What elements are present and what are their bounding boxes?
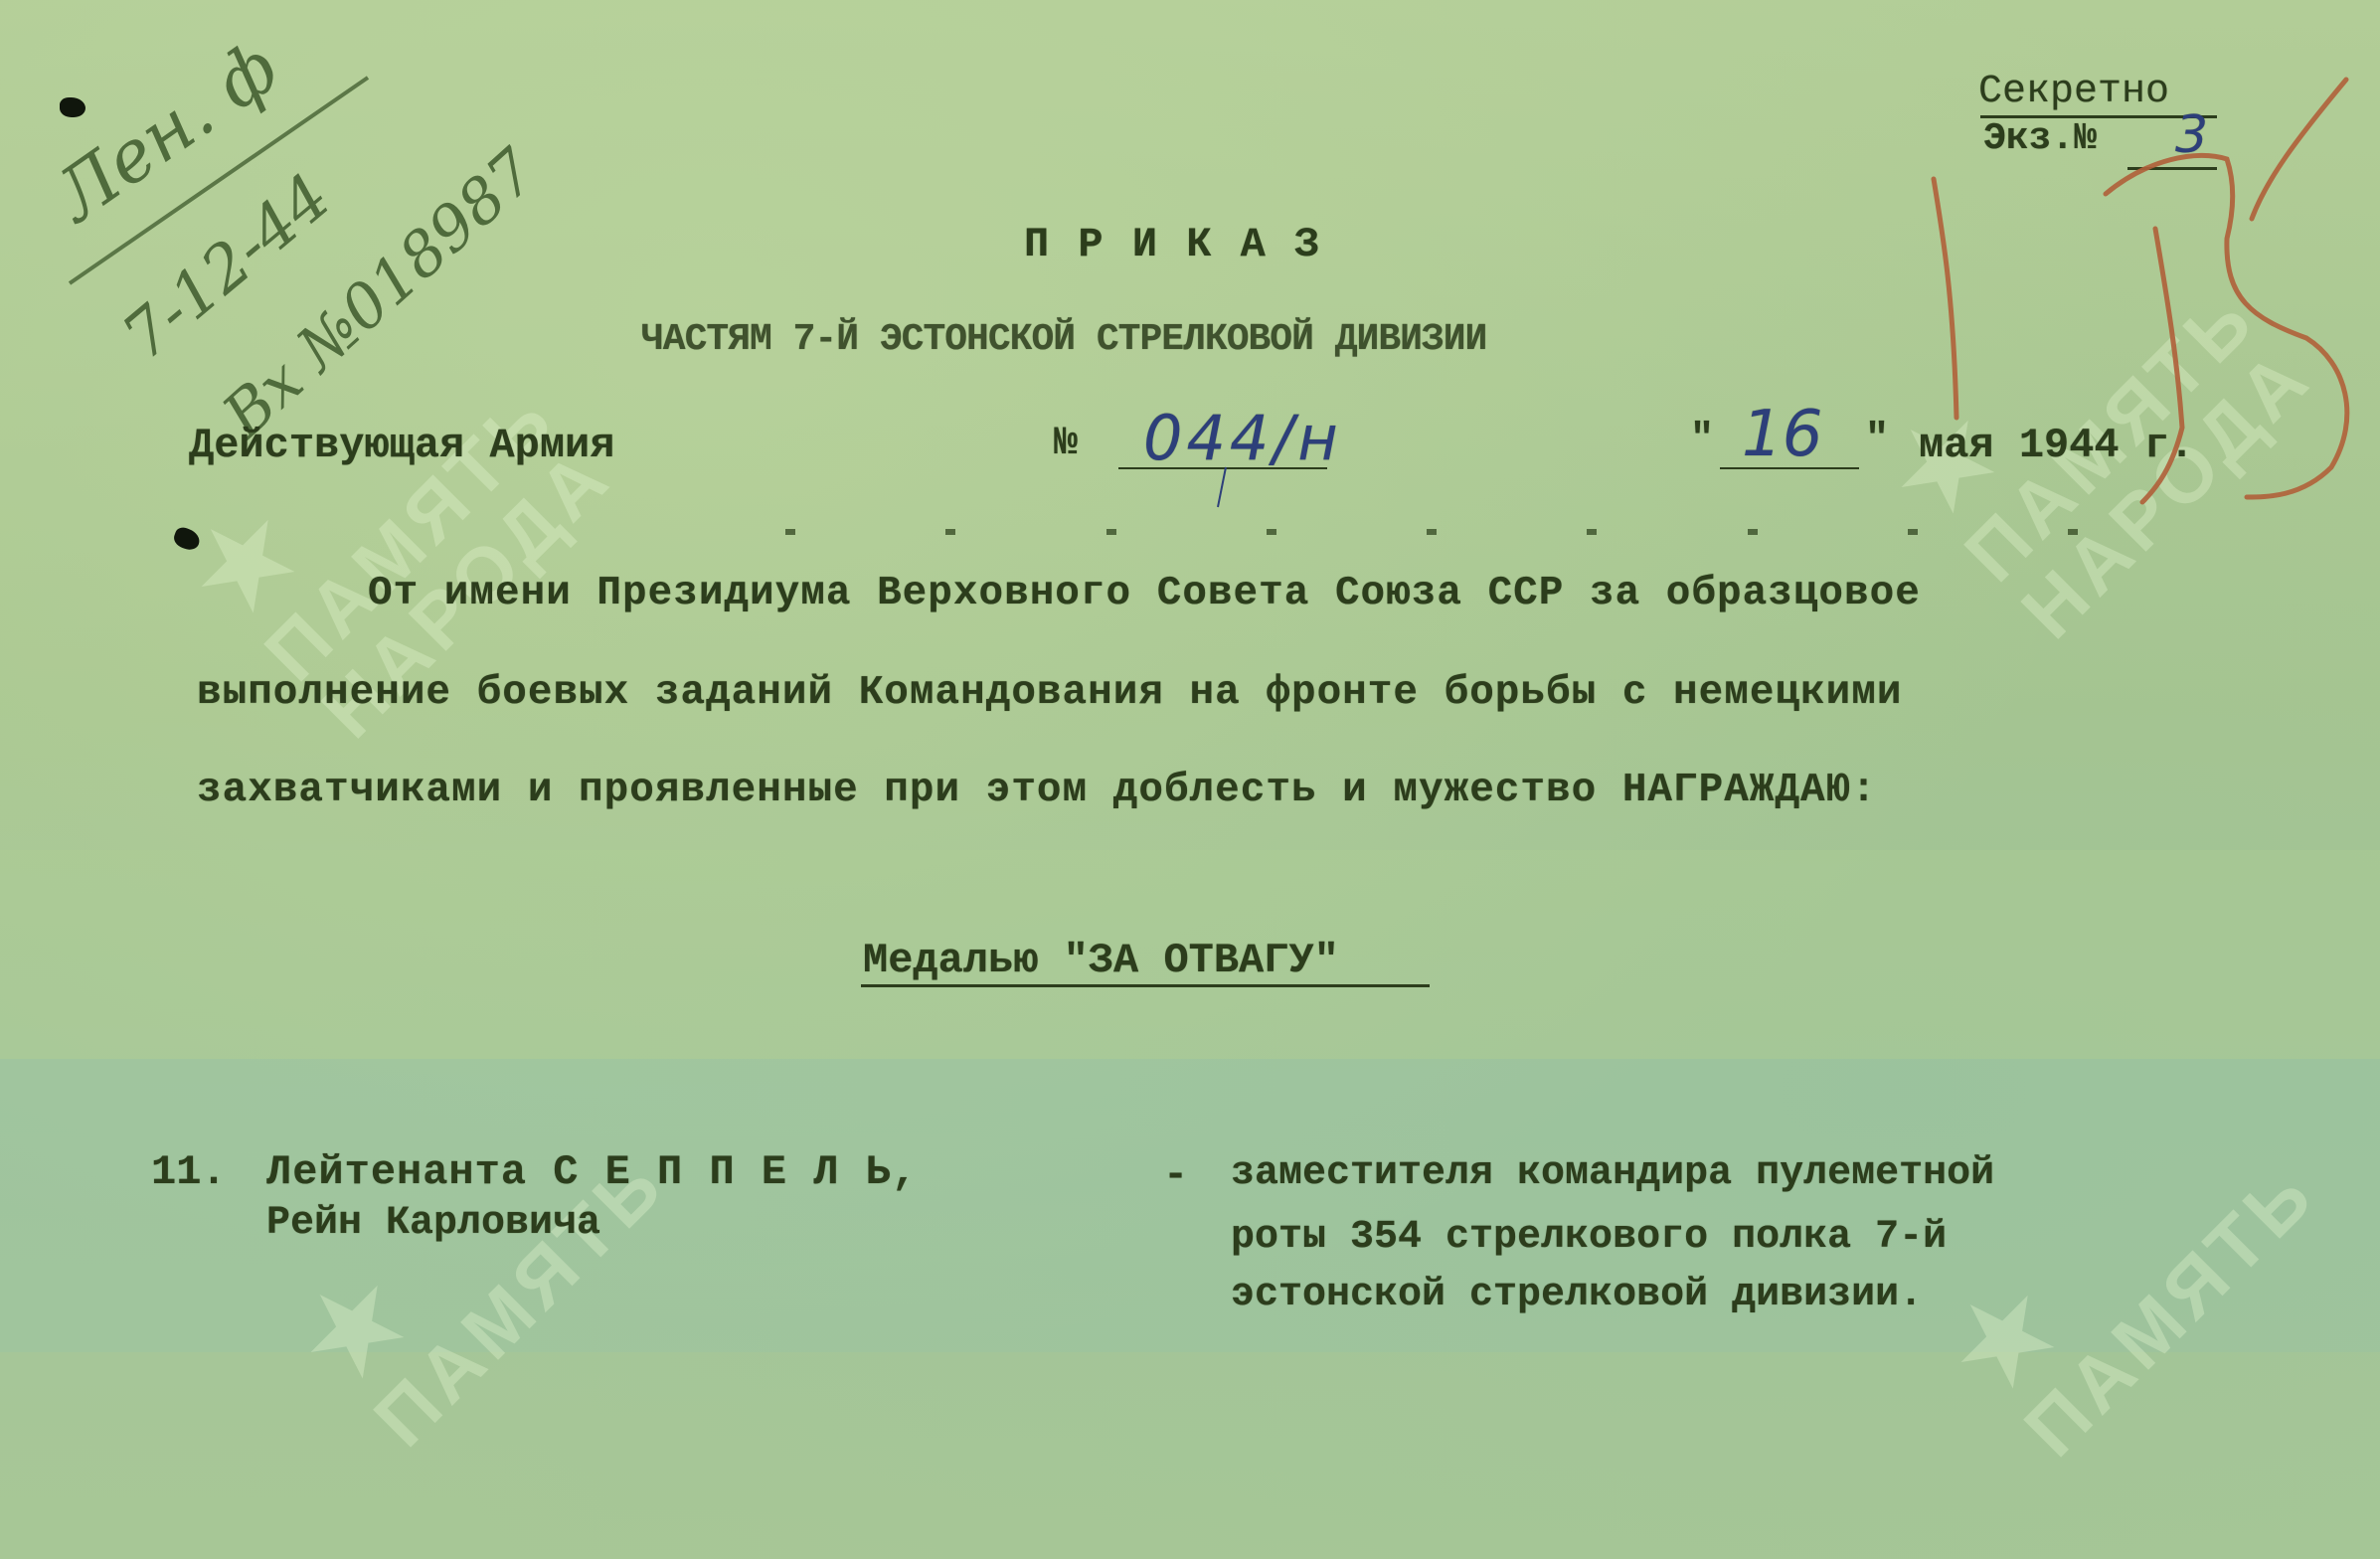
number-label: №: [1054, 422, 1078, 466]
date-day: 16: [1742, 398, 1822, 471]
awardee-position-line-3: эстонской стрелковой дивизии.: [1231, 1273, 1923, 1317]
document-title: П Р И К А З: [1024, 221, 1321, 268]
document-subtitle: ЧАСТЯМ 7-Й ЭСТОНСКОЙ СТРЕЛКОВОЙ ДИВИЗИИ: [641, 318, 1486, 361]
awardee-rank-surname: Лейтенанта С Е П П Е Л Ь,: [266, 1148, 918, 1196]
date-open-quote: ": [1690, 418, 1714, 462]
order-number-underline: [1118, 467, 1327, 469]
date-month-year: мая 1944 г.: [1919, 422, 2194, 469]
awardee-number: 11.: [151, 1148, 227, 1196]
preamble-line-3: захватчиками и проявленные при этом добл…: [197, 768, 1877, 813]
hole-punch-mark: [60, 97, 85, 117]
copy-label: Экз.№: [1983, 117, 2097, 160]
order-number: 044/н: [1143, 402, 1342, 474]
awardee-position-line-2: роты 354 стрелкового полка 7-й: [1231, 1215, 1947, 1260]
award-heading-underline: [861, 984, 1430, 987]
location-label: Действующая Армия: [189, 422, 614, 469]
preamble-line-2: выполнение боевых заданий Командования н…: [197, 670, 1902, 716]
preamble-line-1: От имени Президиума Верховного Совета Со…: [368, 571, 1921, 616]
date-day-underline: [1720, 467, 1859, 469]
awardee-dash: -: [1163, 1151, 1188, 1199]
copy-number: 3: [2175, 105, 2208, 165]
scan-band: [0, 1352, 2380, 1559]
award-heading: Медалью "ЗА ОТВАГУ": [863, 937, 1339, 984]
awardee-given-names: Рейн Карловича: [266, 1201, 600, 1246]
copy-number-underline: [2127, 167, 2217, 170]
date-close-quote: ": [1865, 418, 1889, 462]
classification-label: Секретно: [1978, 70, 2169, 114]
awardee-position-line-1: заместителя командира пулеметной: [1231, 1151, 1994, 1196]
separator-dots: [785, 529, 2078, 535]
